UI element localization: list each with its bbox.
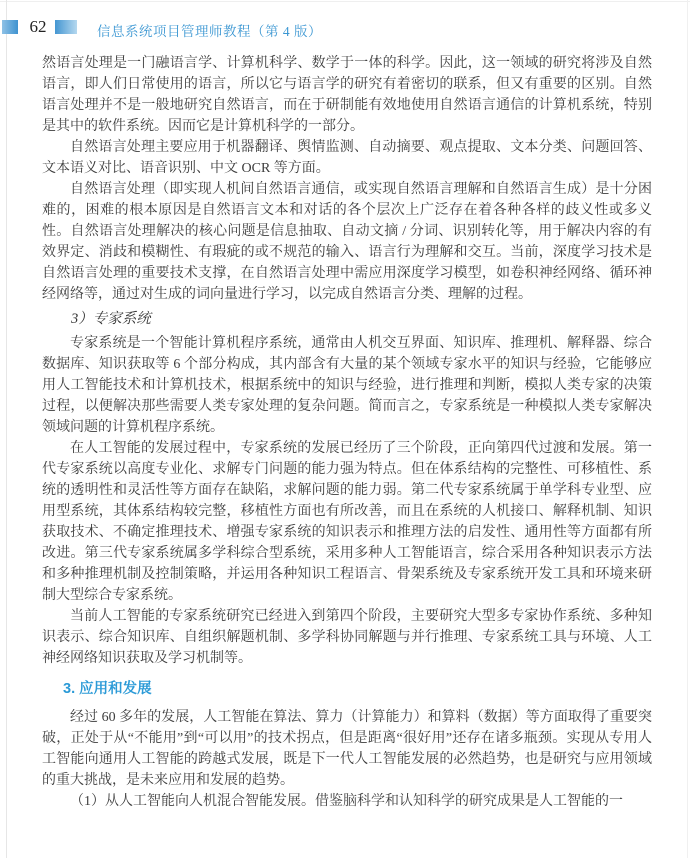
body-text-column: 然语言处理是一门融语言学、计算机科学、数学于一体的科学。因此，这一领域的研究将涉…	[42, 53, 652, 812]
paragraph-nlp-applications: 自然语言处理主要应用于机器翻译、舆情监测、自动摘要、观点提取、文本分类、问题回答…	[42, 137, 652, 179]
paragraph-expert-system-definition: 专家系统是一个智能计算机程序系统，通常由人机交互界面、知识库、推理机、解释器、综…	[42, 333, 652, 438]
paragraph-ai-60-years: 经过 60 多年的发展，人工智能在算法、算力（计算能力）和算料（数据）等方面取得…	[42, 707, 652, 791]
page-number: 62	[24, 17, 52, 37]
paragraph-human-machine-hybrid: （1）从人工智能向人机混合智能发展。借鉴脑科学和认知科学的研究成果是人工智能的一	[42, 791, 652, 812]
paragraph-expert-system-generations: 在人工智能的发展过程中，专家系统的发展已经历了三个阶段，正向第四代过渡和发展。第…	[42, 438, 652, 606]
scan-edge-left	[6, 0, 7, 858]
header-accent-block-left	[2, 20, 18, 34]
scan-edge-right	[687, 0, 688, 858]
section-heading-application-development: 3. 应用和发展	[42, 679, 652, 700]
paragraph-nlp-continuation: 然语言处理是一门融语言学、计算机科学、数学于一体的科学。因此，这一领域的研究将涉…	[42, 53, 652, 137]
section-heading-expert-system: 3）专家系统	[42, 309, 652, 330]
running-header: 62 信息系统项目管理师教程（第 4 版）	[0, 0, 690, 46]
book-title: 信息系统项目管理师教程（第 4 版）	[97, 20, 322, 40]
paragraph-expert-system-stage4: 当前人工智能的专家系统研究已经进入到第四个阶段，主要研究大型多专家协作系统、多种…	[42, 606, 652, 669]
book-page: 62 信息系统项目管理师教程（第 4 版） 然语言处理是一门融语言学、计算机科学…	[0, 0, 690, 858]
paragraph-nlp-difficulty: 自然语言处理（即实现人机间自然语言通信，或实现自然语言理解和自然语言生成）是十分…	[42, 179, 652, 305]
header-accent-block-right	[55, 20, 77, 34]
